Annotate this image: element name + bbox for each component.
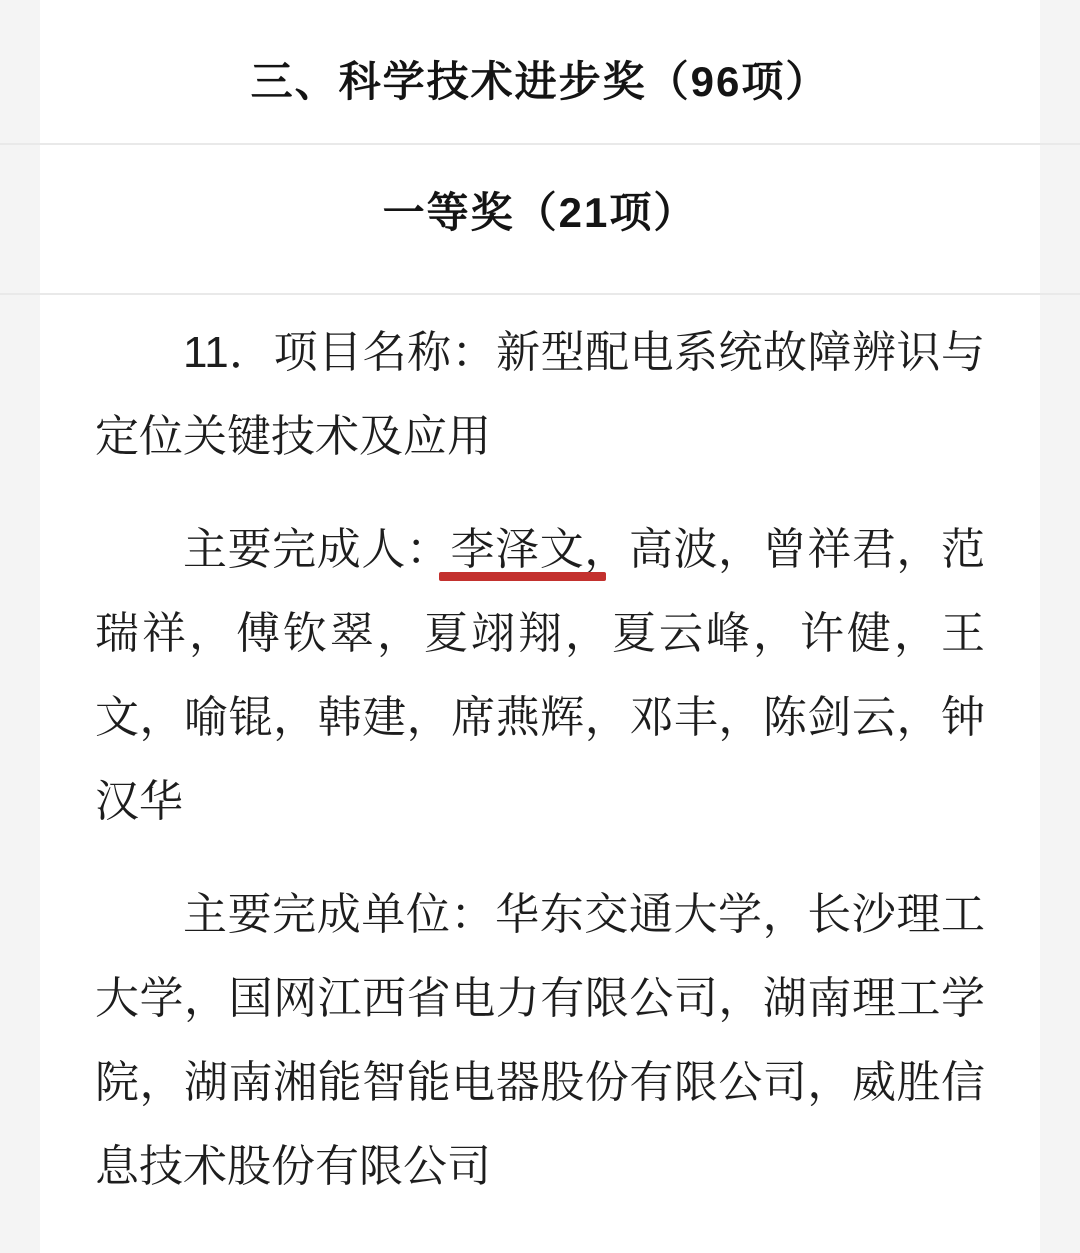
text-line: 汉华	[95, 760, 985, 844]
award-grade-header: 一等奖（21项）	[0, 145, 1080, 295]
text-line: 大学，国网江西省电力有限公司，湖南理工学	[95, 957, 985, 1041]
text-line: 息技术股份有限公司	[95, 1125, 985, 1209]
contributors-label: 主要完成人：	[183, 525, 451, 574]
highlighted-awardee-name: 李泽文	[451, 525, 585, 574]
award-grade-title: 一等奖（21项）	[383, 180, 698, 240]
text-line: 文，喻锟，韩建，席燕辉，邓丰，陈剑云，钟	[95, 676, 985, 760]
text-line: 主要完成人：李泽文，高波，曾祥君，范	[95, 508, 985, 592]
text-line: 瑞祥，傅钦翠，夏翊翔，夏云峰，许健，王	[95, 592, 985, 676]
project-name-paragraph: 11．项目名称：新型配电系统故障辨识与 定位关键技术及应用	[95, 311, 985, 479]
organizations-paragraph: 主要完成单位：华东交通大学，长沙理工 大学，国网江西省电力有限公司，湖南理工学 …	[95, 873, 985, 1209]
text-line: 主要完成单位：华东交通大学，长沙理工	[95, 873, 985, 957]
contributors-names: ，高波，曾祥君，范	[584, 525, 985, 574]
article-body: 11．项目名称：新型配电系统故障辨识与 定位关键技术及应用 主要完成人：李泽文，…	[0, 295, 1080, 1209]
text-line: 11．项目名称：新型配电系统故障辨识与	[95, 311, 985, 395]
text-line: 定位关键技术及应用	[95, 395, 985, 479]
award-category-title: 三、科学技术进步奖（96项）	[251, 49, 830, 109]
award-category-header: 三、科学技术进步奖（96项）	[0, 0, 1080, 145]
text-line: 院，湖南湘能智能电器股份有限公司，威胜信	[95, 1041, 985, 1125]
contributors-paragraph: 主要完成人：李泽文，高波，曾祥君，范 瑞祥，傅钦翠，夏翊翔，夏云峰，许健，王 文…	[95, 508, 985, 844]
